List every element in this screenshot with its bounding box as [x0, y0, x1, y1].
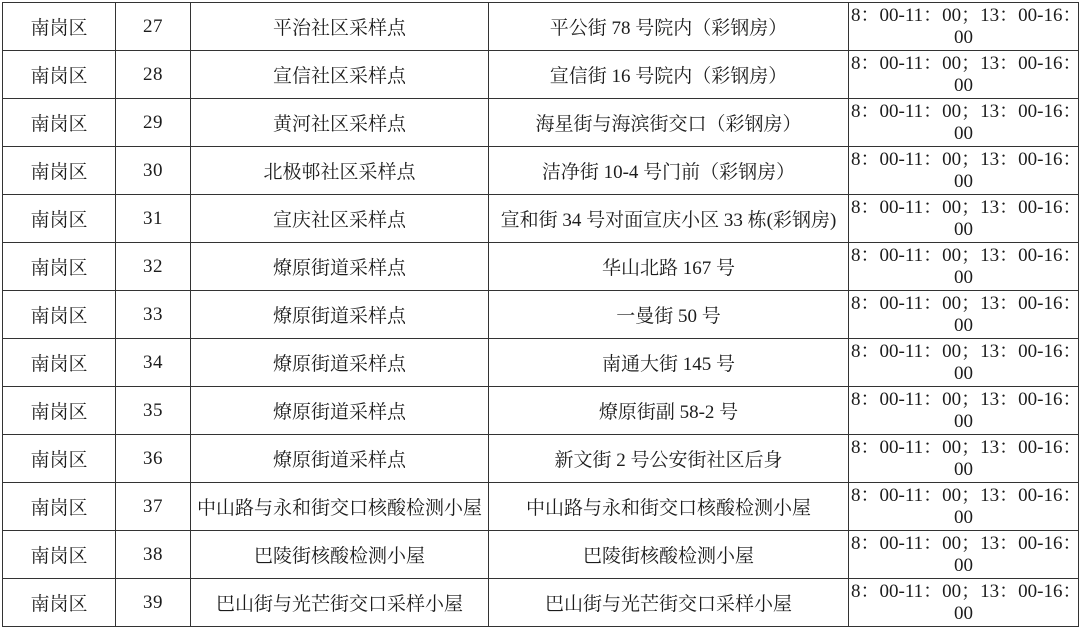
time-line-1: 8：00-11：00；13：00-16： — [851, 533, 1076, 555]
time-line-1: 8：00-11：00；13：00-16： — [851, 5, 1076, 27]
address-cell: 巴山街与光芒街交口采样小屋 — [489, 579, 849, 627]
address-cell: 燎原街副 58-2 号 — [489, 387, 849, 435]
time-cell: 8：00-11：00；13：00-16：00 — [849, 291, 1079, 339]
time-cell: 8：00-11：00；13：00-16：00 — [849, 435, 1079, 483]
time-line-2: 00 — [851, 219, 1076, 241]
address-cell: 新文街 2 号公安街社区后身 — [489, 435, 849, 483]
district-cell: 南岗区 — [3, 99, 116, 147]
address-cell: 宣信街 16 号院内（彩钢房） — [489, 51, 849, 99]
table-row: 南岗区33燎原街道采样点一曼街 50 号8：00-11：00；13：00-16：… — [3, 291, 1079, 339]
district-cell: 南岗区 — [3, 51, 116, 99]
time-cell: 8：00-11：00；13：00-16：00 — [849, 531, 1079, 579]
time-line-1: 8：00-11：00；13：00-16： — [851, 485, 1076, 507]
site-name-cell: 燎原街道采样点 — [191, 435, 489, 483]
district-cell: 南岗区 — [3, 531, 116, 579]
site-name-cell: 中山路与永和街交口核酸检测小屋 — [191, 483, 489, 531]
table-row: 南岗区28宣信社区采样点宣信街 16 号院内（彩钢房）8：00-11：00；13… — [3, 51, 1079, 99]
time-line-1: 8：00-11：00；13：00-16： — [851, 197, 1076, 219]
address-cell: 华山北路 167 号 — [489, 243, 849, 291]
time-line-2: 00 — [851, 555, 1076, 577]
site-name-cell: 燎原街道采样点 — [191, 387, 489, 435]
site-name-cell: 北极邨社区采样点 — [191, 147, 489, 195]
table-row: 南岗区34燎原街道采样点南通大街 145 号8：00-11：00；13：00-1… — [3, 339, 1079, 387]
table-row: 南岗区30北极邨社区采样点洁净街 10-4 号门前（彩钢房）8：00-11：00… — [3, 147, 1079, 195]
time-line-2: 00 — [851, 411, 1076, 433]
site-name-cell: 平治社区采样点 — [191, 3, 489, 51]
row-number-cell: 30 — [116, 147, 191, 195]
district-cell: 南岗区 — [3, 579, 116, 627]
row-number-cell: 38 — [116, 531, 191, 579]
time-cell: 8：00-11：00；13：00-16：00 — [849, 243, 1079, 291]
address-cell: 洁净街 10-4 号门前（彩钢房） — [489, 147, 849, 195]
row-number-cell: 27 — [116, 3, 191, 51]
site-name-cell: 宣庆社区采样点 — [191, 195, 489, 243]
time-line-2: 00 — [851, 315, 1076, 337]
address-cell: 海星街与海滨街交口（彩钢房） — [489, 99, 849, 147]
time-line-2: 00 — [851, 507, 1076, 529]
row-number-cell: 31 — [116, 195, 191, 243]
time-line-1: 8：00-11：00；13：00-16： — [851, 101, 1076, 123]
sampling-points-table-body: 南岗区27平治社区采样点平公街 78 号院内（彩钢房）8：00-11：00；13… — [3, 3, 1079, 627]
time-line-1: 8：00-11：00；13：00-16： — [851, 293, 1076, 315]
time-cell: 8：00-11：00；13：00-16：00 — [849, 579, 1079, 627]
time-cell: 8：00-11：00；13：00-16：00 — [849, 483, 1079, 531]
district-cell: 南岗区 — [3, 195, 116, 243]
time-line-2: 00 — [851, 267, 1076, 289]
row-number-cell: 35 — [116, 387, 191, 435]
table-row: 南岗区27平治社区采样点平公街 78 号院内（彩钢房）8：00-11：00；13… — [3, 3, 1079, 51]
time-line-2: 00 — [851, 75, 1076, 97]
district-cell: 南岗区 — [3, 3, 116, 51]
time-line-1: 8：00-11：00；13：00-16： — [851, 341, 1076, 363]
district-cell: 南岗区 — [3, 147, 116, 195]
row-number-cell: 33 — [116, 291, 191, 339]
row-number-cell: 37 — [116, 483, 191, 531]
site-name-cell: 宣信社区采样点 — [191, 51, 489, 99]
table-row: 南岗区36燎原街道采样点新文街 2 号公安街社区后身8：00-11：00；13：… — [3, 435, 1079, 483]
district-cell: 南岗区 — [3, 435, 116, 483]
address-cell: 一曼街 50 号 — [489, 291, 849, 339]
row-number-cell: 32 — [116, 243, 191, 291]
time-line-2: 00 — [851, 363, 1076, 385]
sampling-points-table: 南岗区27平治社区采样点平公街 78 号院内（彩钢房）8：00-11：00；13… — [2, 2, 1079, 627]
row-number-cell: 39 — [116, 579, 191, 627]
table-row: 南岗区38巴陵街核酸检测小屋巴陵街核酸检测小屋8：00-11：00；13：00-… — [3, 531, 1079, 579]
district-cell: 南岗区 — [3, 339, 116, 387]
time-line-2: 00 — [851, 603, 1076, 625]
table-row: 南岗区32燎原街道采样点华山北路 167 号8：00-11：00；13：00-1… — [3, 243, 1079, 291]
table-row: 南岗区35燎原街道采样点燎原街副 58-2 号8：00-11：00；13：00-… — [3, 387, 1079, 435]
row-number-cell: 34 — [116, 339, 191, 387]
site-name-cell: 巴山街与光芒街交口采样小屋 — [191, 579, 489, 627]
address-cell: 巴陵街核酸检测小屋 — [489, 531, 849, 579]
time-line-1: 8：00-11：00；13：00-16： — [851, 389, 1076, 411]
time-cell: 8：00-11：00；13：00-16：00 — [849, 99, 1079, 147]
site-name-cell: 燎原街道采样点 — [191, 339, 489, 387]
time-cell: 8：00-11：00；13：00-16：00 — [849, 195, 1079, 243]
time-cell: 8：00-11：00；13：00-16：00 — [849, 51, 1079, 99]
time-line-1: 8：00-11：00；13：00-16： — [851, 53, 1076, 75]
district-cell: 南岗区 — [3, 291, 116, 339]
table-row: 南岗区31宣庆社区采样点宣和街 34 号对面宣庆小区 33 栋(彩钢房)8：00… — [3, 195, 1079, 243]
time-line-2: 00 — [851, 459, 1076, 481]
address-cell: 宣和街 34 号对面宣庆小区 33 栋(彩钢房) — [489, 195, 849, 243]
time-line-1: 8：00-11：00；13：00-16： — [851, 437, 1076, 459]
site-name-cell: 巴陵街核酸检测小屋 — [191, 531, 489, 579]
site-name-cell: 燎原街道采样点 — [191, 291, 489, 339]
address-cell: 南通大街 145 号 — [489, 339, 849, 387]
time-cell: 8：00-11：00；13：00-16：00 — [849, 147, 1079, 195]
district-cell: 南岗区 — [3, 387, 116, 435]
time-cell: 8：00-11：00；13：00-16：00 — [849, 339, 1079, 387]
time-line-2: 00 — [851, 171, 1076, 193]
district-cell: 南岗区 — [3, 243, 116, 291]
row-number-cell: 29 — [116, 99, 191, 147]
address-cell: 平公街 78 号院内（彩钢房） — [489, 3, 849, 51]
table-row: 南岗区37中山路与永和街交口核酸检测小屋中山路与永和街交口核酸检测小屋8：00-… — [3, 483, 1079, 531]
table-row: 南岗区39巴山街与光芒街交口采样小屋巴山街与光芒街交口采样小屋8：00-11：0… — [3, 579, 1079, 627]
row-number-cell: 28 — [116, 51, 191, 99]
site-name-cell: 黄河社区采样点 — [191, 99, 489, 147]
time-cell: 8：00-11：00；13：00-16：00 — [849, 3, 1079, 51]
address-cell: 中山路与永和街交口核酸检测小屋 — [489, 483, 849, 531]
document-page: 南岗区27平治社区采样点平公街 78 号院内（彩钢房）8：00-11：00；13… — [0, 0, 1080, 628]
time-line-1: 8：00-11：00；13：00-16： — [851, 581, 1076, 603]
district-cell: 南岗区 — [3, 483, 116, 531]
site-name-cell: 燎原街道采样点 — [191, 243, 489, 291]
row-number-cell: 36 — [116, 435, 191, 483]
time-cell: 8：00-11：00；13：00-16：00 — [849, 387, 1079, 435]
table-row: 南岗区29黄河社区采样点海星街与海滨街交口（彩钢房）8：00-11：00；13：… — [3, 99, 1079, 147]
time-line-2: 00 — [851, 27, 1076, 49]
time-line-2: 00 — [851, 123, 1076, 145]
time-line-1: 8：00-11：00；13：00-16： — [851, 245, 1076, 267]
time-line-1: 8：00-11：00；13：00-16： — [851, 149, 1076, 171]
